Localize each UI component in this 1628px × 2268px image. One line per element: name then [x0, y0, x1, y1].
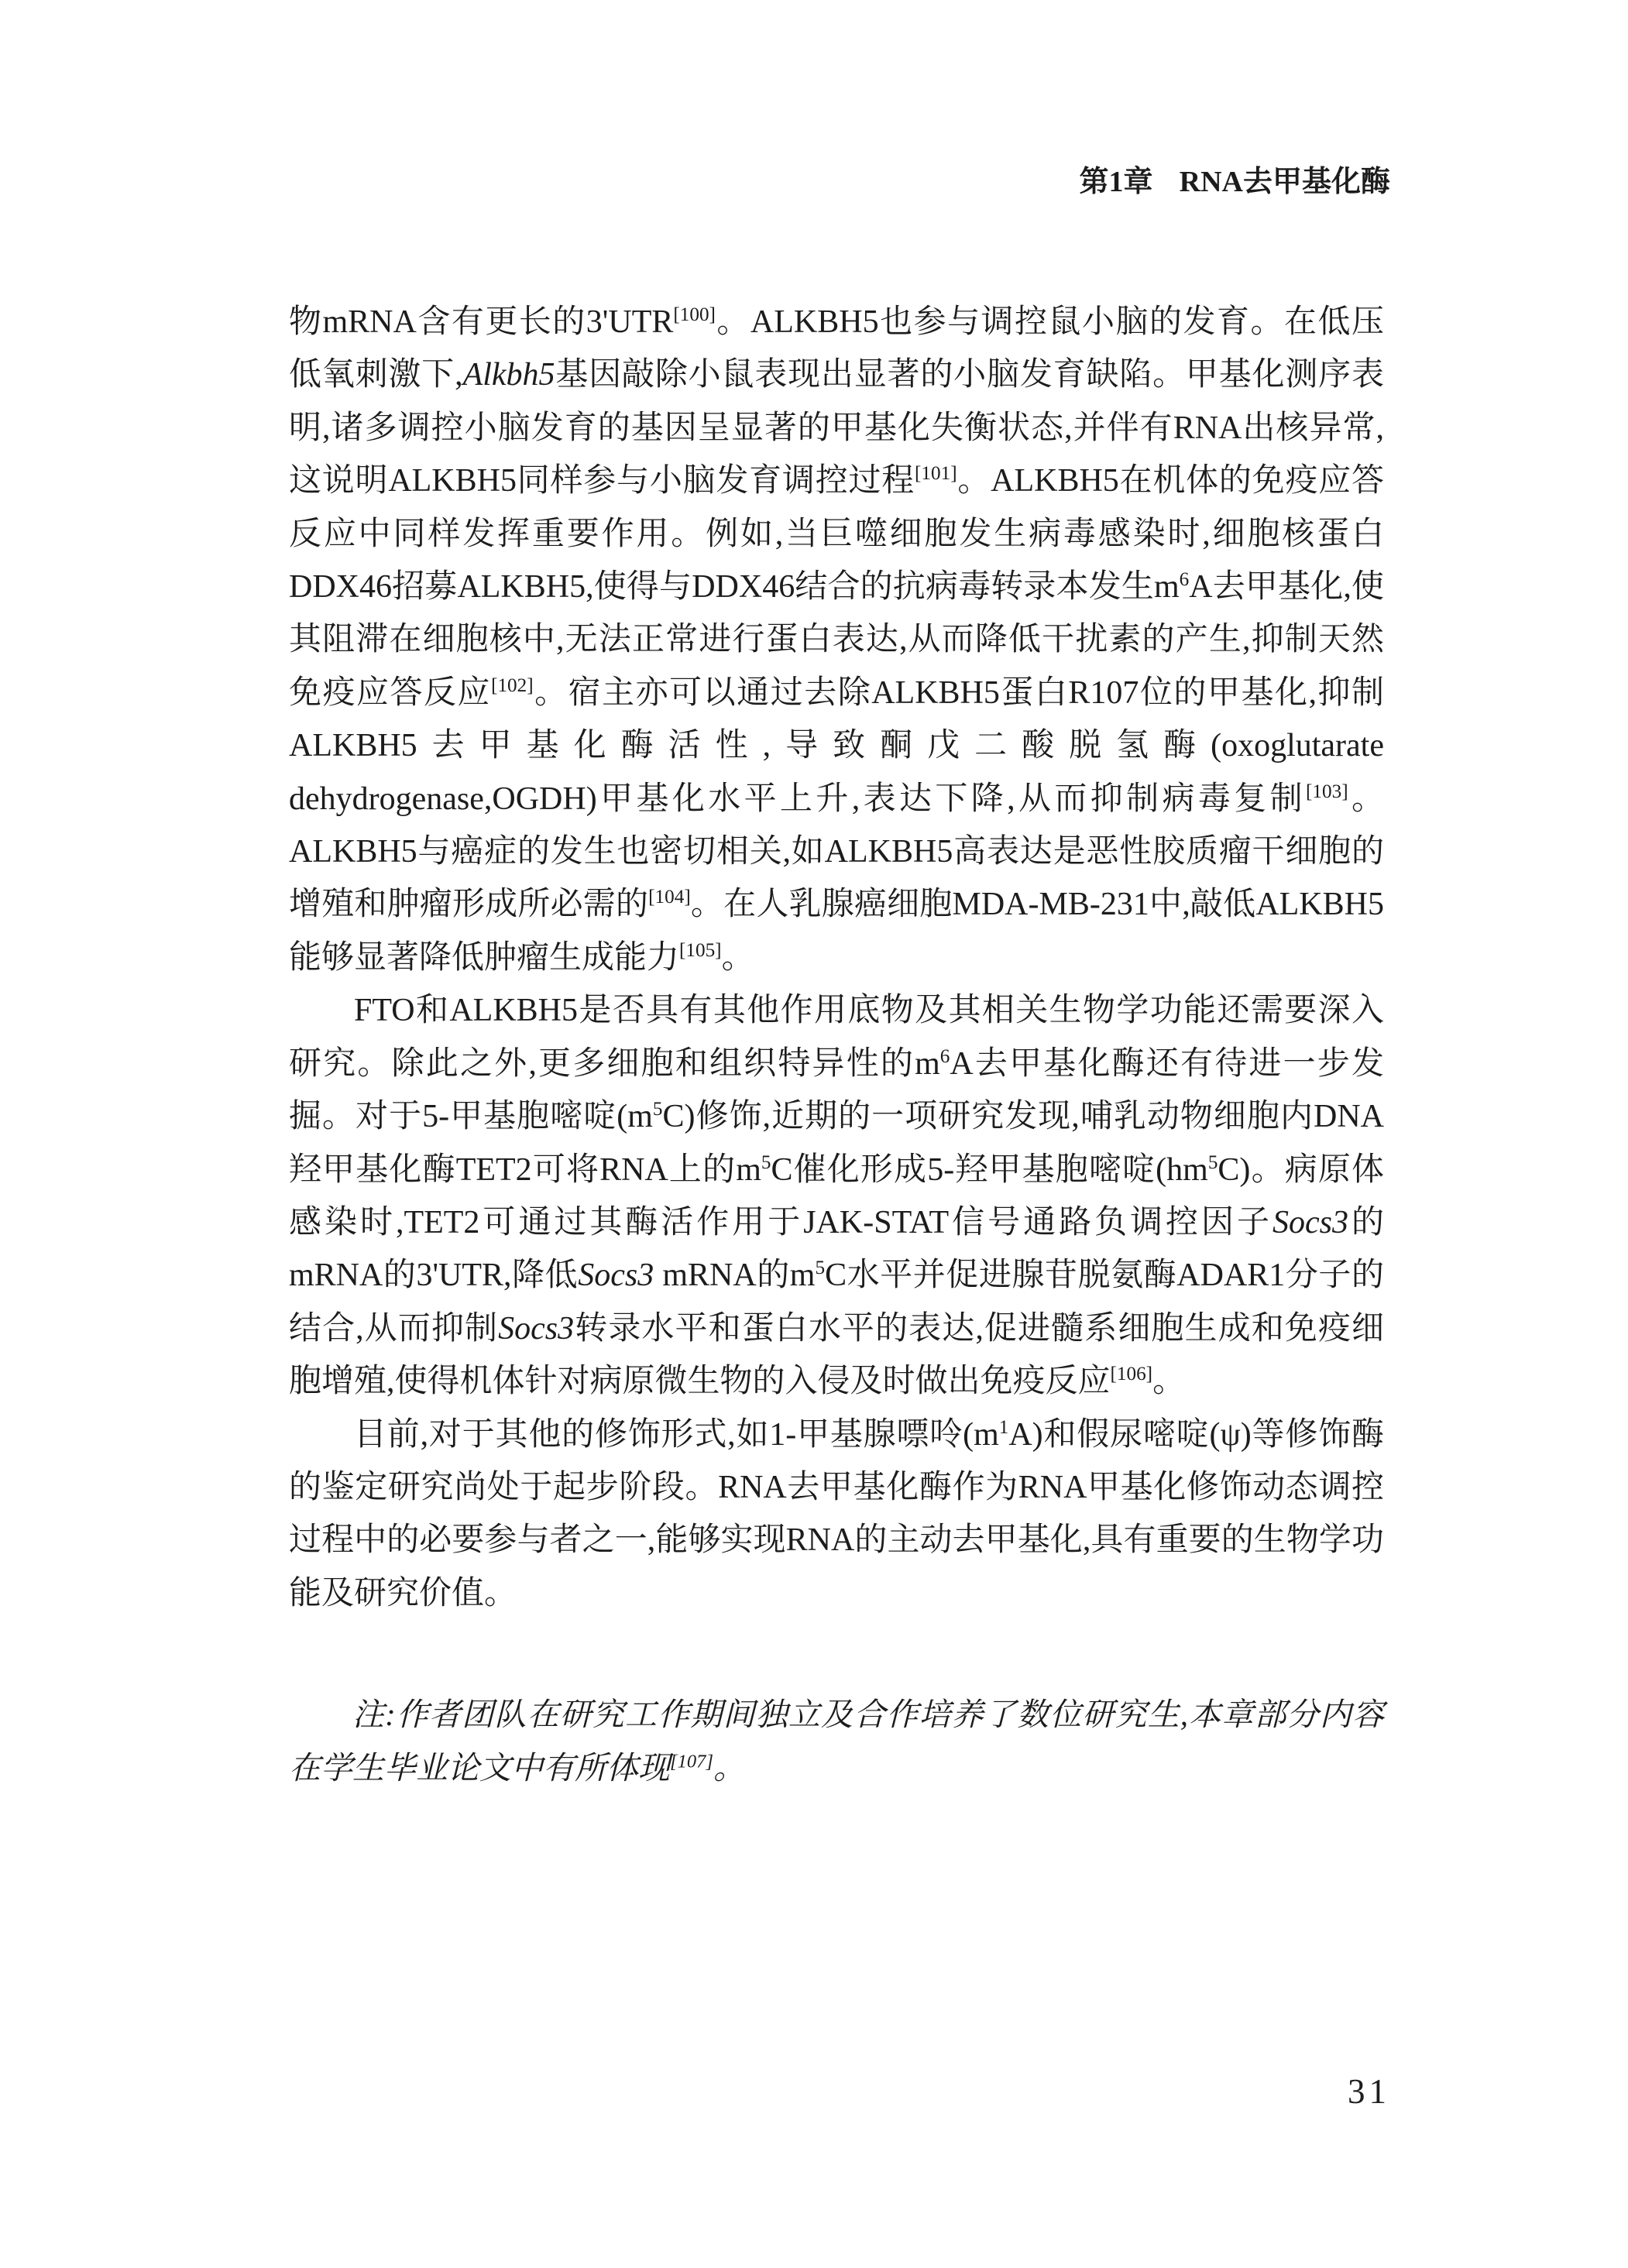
text-run: 注:作者团队在研究工作期间独立及合作培养了数位研究生,本章部分内容在学生毕业论文…	[289, 1697, 1384, 1785]
citation-ref: 1	[999, 1417, 1009, 1438]
citation-ref: 5	[653, 1099, 663, 1120]
text-run: mRNA的m	[654, 1258, 815, 1293]
running-header: 第1章RNA去甲基化酶	[1079, 164, 1390, 200]
citation-ref: 5	[1208, 1152, 1218, 1173]
citation-ref: [104]	[648, 887, 691, 908]
paragraph-other-modifications: 目前,对于其他的修饰形式,如1-甲基腺嘌呤(m1A)和假尿嘧啶(ψ)等修饰酶的鉴…	[289, 1408, 1384, 1621]
citation-ref: [101]	[915, 463, 957, 484]
text-run: 。	[722, 940, 754, 976]
body-text: 物mRNA含有更长的3'UTR[100]。ALKBH5也参与调控鼠小脑的发育。在…	[289, 296, 1384, 1794]
page-number: 31	[1348, 2072, 1390, 2111]
citation-ref: [102]	[491, 675, 534, 696]
citation-ref: [100]	[673, 304, 716, 325]
citation-ref: [103]	[1306, 781, 1348, 802]
gene-name: Socs3	[1273, 1205, 1348, 1240]
text-run: 。	[713, 1750, 745, 1786]
chapter-title: RNA去甲基化酶	[1180, 166, 1390, 198]
citation-ref: [107]	[670, 1751, 713, 1772]
text-run: C催化形成5-羟甲基胞嘧啶(hm	[771, 1152, 1207, 1188]
author-note: 注:作者团队在研究工作期间独立及合作培养了数位研究生,本章部分内容在学生毕业论文…	[289, 1688, 1384, 1794]
citation-ref: 6	[940, 1046, 950, 1067]
paragraph-alkbh5-functions: 物mRNA含有更长的3'UTR[100]。ALKBH5也参与调控鼠小脑的发育。在…	[289, 296, 1384, 984]
citation-ref: [106]	[1111, 1364, 1153, 1384]
gene-name: Alkbh5	[463, 357, 555, 393]
gene-name: Socs3	[578, 1258, 654, 1293]
citation-ref: 5	[815, 1258, 825, 1278]
citation-ref: 5	[761, 1152, 771, 1173]
gene-name: Socs3	[498, 1311, 574, 1347]
paragraph-fto-alkbh5-outlook: FTO和ALKBH5是否具有其他作用底物及其相关生物学功能还需要深入研究。除此之…	[289, 984, 1384, 1408]
citation-ref: [105]	[679, 940, 722, 961]
chapter-number: 第1章	[1079, 166, 1152, 198]
citation-ref: 6	[1180, 569, 1190, 590]
text-run: 。	[1152, 1364, 1185, 1399]
text-run: 目前,对于其他的修饰形式,如1-甲基腺嘌呤(m	[354, 1417, 999, 1453]
text-run: 物mRNA含有更长的3'UTR	[289, 304, 673, 340]
book-page: 第1章RNA去甲基化酶 物mRNA含有更长的3'UTR[100]。ALKBH5也…	[0, 0, 1628, 2268]
